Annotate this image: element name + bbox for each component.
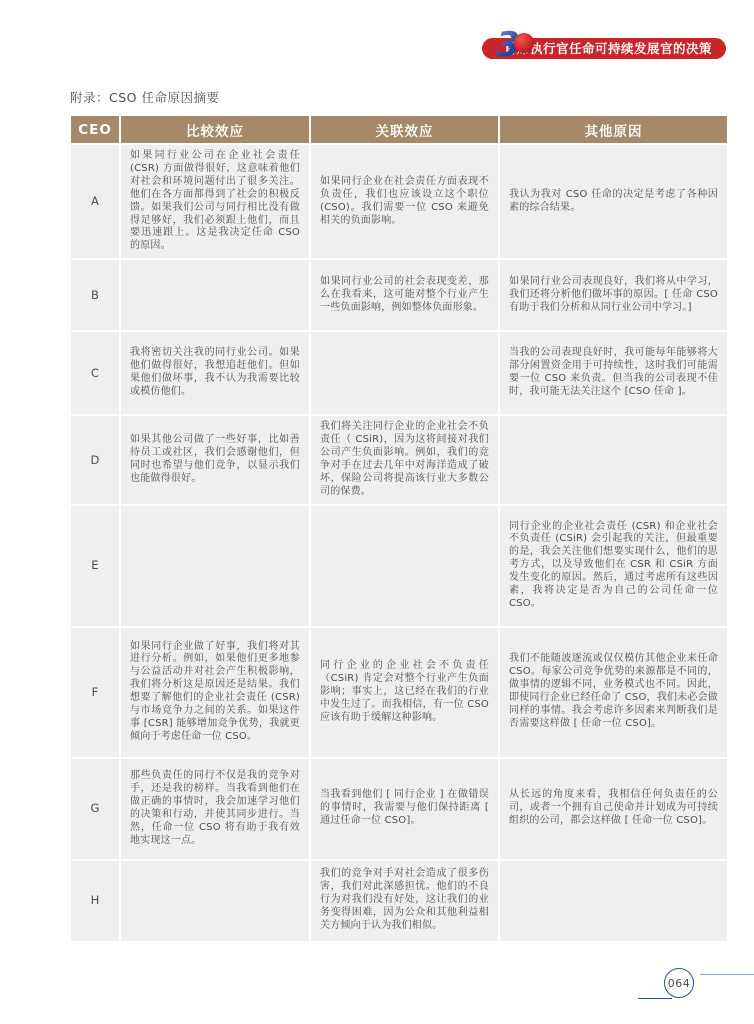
table-row-d: D 如果其他公司做了一些好事，比如善待员工或社区，我们会感谢他们，但同时也希望与… xyxy=(71,416,727,503)
cell-other: 我们不能随波逐流或仅仅模仿其他企业来任命 CSO。每家公司竞争优势的来源都是不同… xyxy=(500,628,727,757)
cell-other: 同行企业的企业社会责任 (CSR) 和企业社会不负责任 (CSiR) 会引起我的… xyxy=(500,506,727,626)
table-header-row: CEO 比较效应 关联效应 其他原因 xyxy=(71,116,727,143)
cell-compare: 如果其他公司做了一些好事，比如善待员工或社区，我们会感谢他们，但同时也希望与他们… xyxy=(121,416,309,503)
table-row-b: B 如果同行业公司的社会表现变差，那么在我看来，这可能对整个行业产生一些负面影响… xyxy=(71,260,727,330)
ceo-label: F xyxy=(71,628,119,757)
col-header-ceo: CEO xyxy=(71,116,119,143)
cell-other xyxy=(500,861,727,941)
table-row-g: G 那些负责任的同行不仅是我的竞争对手，还是我的榜样。当我看到他们在做正确的事情… xyxy=(71,759,727,859)
table-row-c: C 我将密切关注我的同行业公司。如果他们做得很好，我想追赶他们。但如果他们做坏事… xyxy=(71,332,727,414)
ceo-label: G xyxy=(71,759,119,859)
cell-compare: 如果同行业公司在企业社会责任 (CSR) 方面做得很好，这意味着他们对社会和环境… xyxy=(121,145,309,258)
page-footer: 064 xyxy=(0,962,754,1012)
table-row-f: F 如果同行企业做了好事，我们将对其进行分析。例如，如果他们更多地参与公益活动并… xyxy=(71,628,727,757)
table-row-h: H 我们的竞争对手对社会造成了很多伤害，我们对此深感担忧。他们的不良行为对我们没… xyxy=(71,861,727,941)
cell-relate: 我们的竞争对手对社会造成了很多伤害，我们对此深感担忧。他们的不良行为对我们没有好… xyxy=(311,861,498,941)
page-number: 064 xyxy=(668,977,691,990)
cell-relate: 我们将关注同行企业的企业社会不负责任（ CSiR)，因为这将间接对我们公司产生负… xyxy=(311,416,498,503)
cell-compare: 如果同行企业做了好事，我们将对其进行分析。例如，如果他们更多地参与公益活动并对社… xyxy=(121,628,309,757)
table-caption: 附录：CSO 任命原因摘要 xyxy=(70,88,219,106)
ceo-label: B xyxy=(71,260,119,330)
col-header-compare-effect: 比较效应 xyxy=(121,116,309,143)
cell-relate: 如果同行企业在社会责任方面表现不负责任，我们也应该设立这个职位 (CSO)。我们… xyxy=(311,145,498,258)
cell-other: 当我的公司表现良好时，我可能每年能够将大部分闲置资金用于可持续性，这时我们可能需… xyxy=(500,332,727,414)
page-number-badge: 064 xyxy=(664,968,694,998)
cell-other xyxy=(500,416,727,503)
ceo-label: E xyxy=(71,506,119,626)
footer-line-right xyxy=(700,974,754,975)
cell-other: 从长远的角度来看，我相信任何负责任的公司，或者一个拥有自己使命并计划成为可持续组… xyxy=(500,759,727,859)
cell-compare xyxy=(121,506,309,626)
table-row-a: A 如果同行业公司在企业社会责任 (CSR) 方面做得很好，这意味着他们对社会和… xyxy=(71,145,727,258)
cell-other: 我认为我对 CSO 任命的决定是考虑了各种因素的综合结果。 xyxy=(500,145,727,258)
table-row-e: E 同行企业的企业社会责任 (CSR) 和企业社会不负责任 (CSiR) 会引起… xyxy=(71,506,727,626)
anniversary-30-logo: 3 xyxy=(496,26,542,66)
ceo-label: A xyxy=(71,145,119,258)
cell-compare: 我将密切关注我的同行业公司。如果他们做得很好，我想追赶他们。但如果他们做坏事，我… xyxy=(121,332,309,414)
col-header-relate-effect: 关联效应 xyxy=(311,116,498,143)
cell-relate xyxy=(311,332,498,414)
cell-relate: 同行企业的企业社会不负责任 （CSiR) 肯定会对整个行业产生负面影响；事实上，… xyxy=(311,628,498,757)
cell-compare xyxy=(121,861,309,941)
ceo-label: C xyxy=(71,332,119,414)
cell-relate xyxy=(311,506,498,626)
cso-reasons-table-wrap: CEO 比较效应 关联效应 其他原因 A 如果同行业公司在企业社会责任 (CSR… xyxy=(69,114,729,943)
cell-relate: 当我看到他们 [ 同行企业 ] 在做错误的事情时，我需要与他们保持距离 [ 通过… xyxy=(311,759,498,859)
ceo-label: D xyxy=(71,416,119,503)
col-header-other-reason: 其他原因 xyxy=(500,116,727,143)
cell-other: 如果同行业公司表现良好，我们将从中学习，我们还将分析他们做坏事的原因。[ 任命 … xyxy=(500,260,727,330)
cell-compare xyxy=(121,260,309,330)
cell-compare: 那些负责任的同行不仅是我的竞争对手，还是我的榜样。当我看到他们在做正确的事情时，… xyxy=(121,759,309,859)
footer-line-left xyxy=(638,998,672,999)
cell-relate: 如果同行业公司的社会表现变差，那么在我看来，这可能对整个行业产生一些负面影响，例… xyxy=(311,260,498,330)
ceo-label: H xyxy=(71,861,119,941)
cso-reasons-table: CEO 比较效应 关联效应 其他原因 A 如果同行业公司在企业社会责任 (CSR… xyxy=(69,114,729,943)
logo-red-sphere-icon xyxy=(514,33,534,53)
